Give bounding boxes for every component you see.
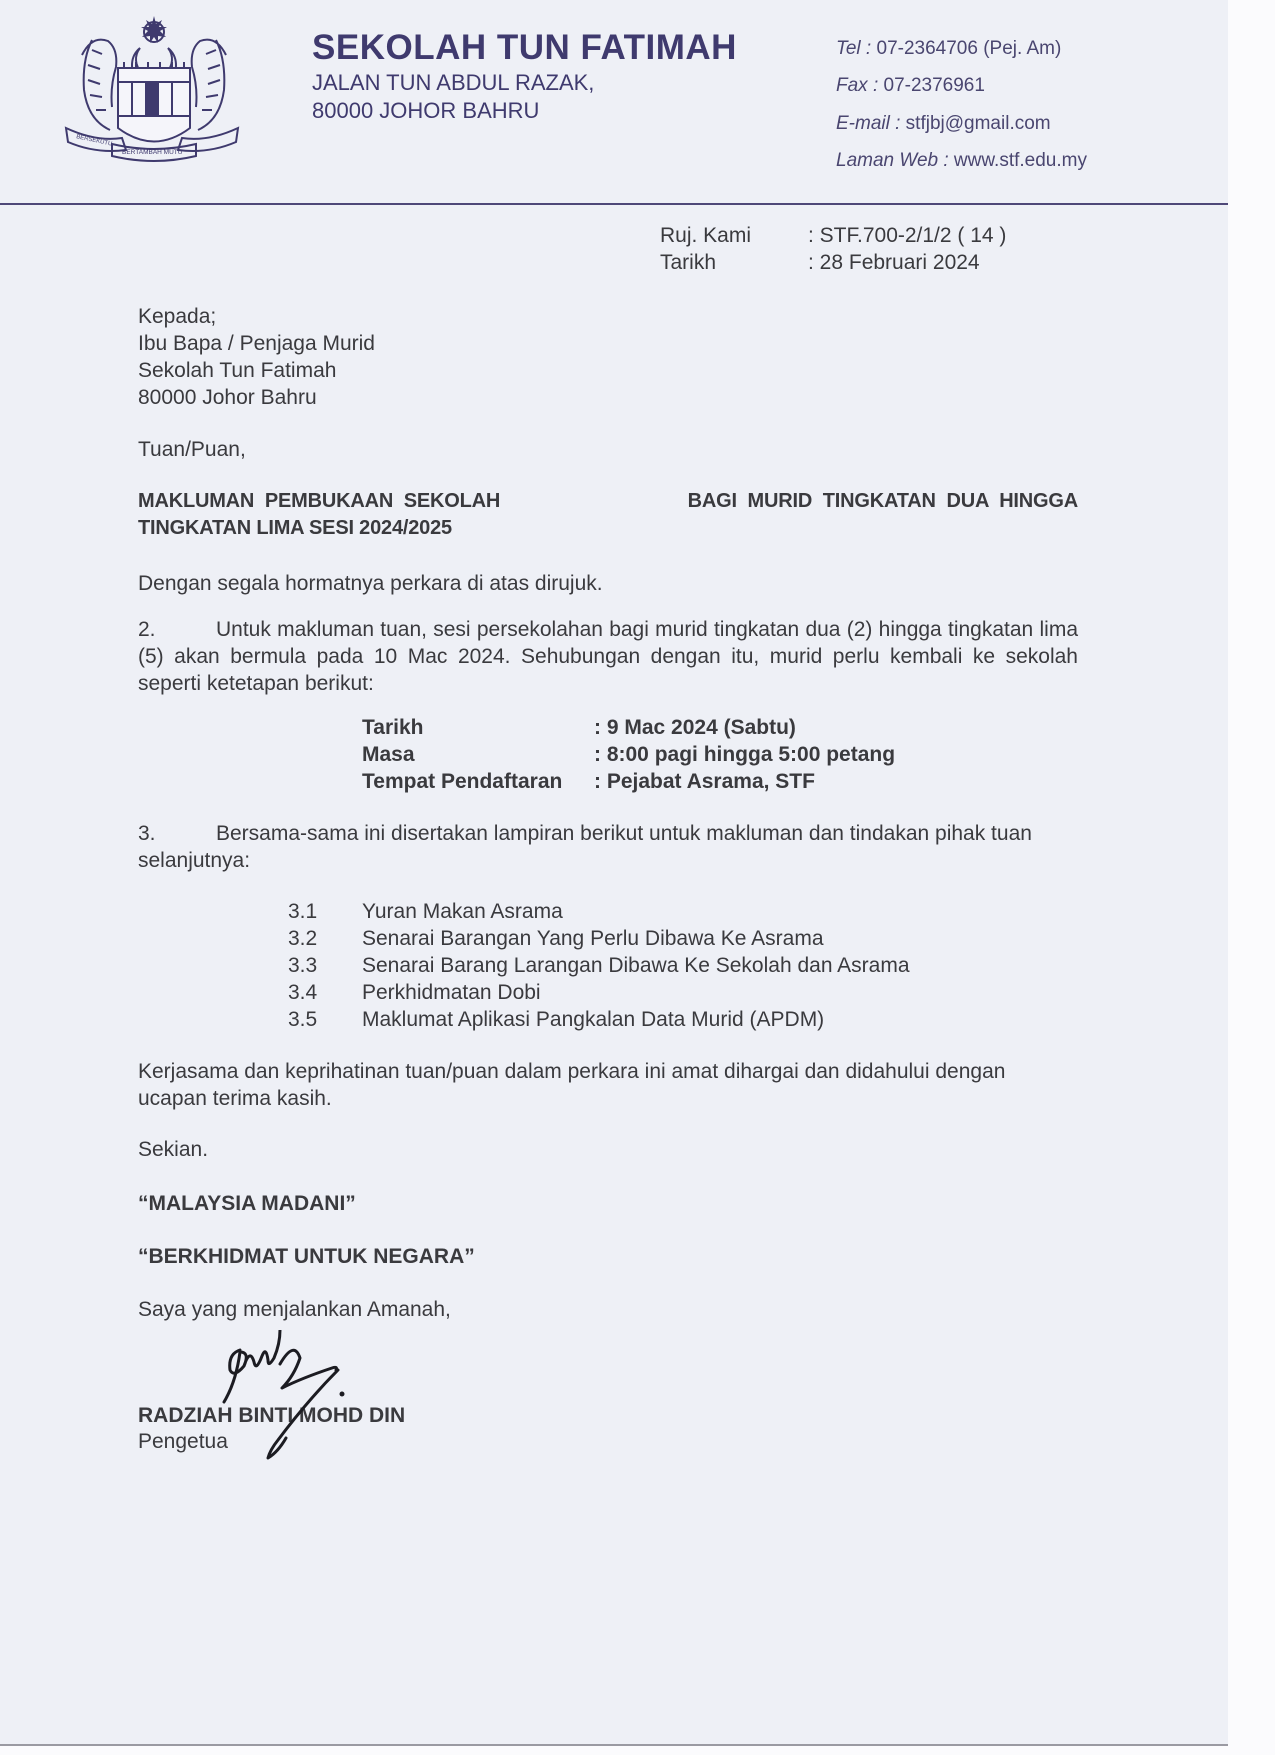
schedule-row-date: Tarikh: 9 Mac 2024 (Sabtu) (362, 714, 895, 741)
list-item: 3.4Perkhidmatan Dobi (288, 979, 910, 1006)
contact-tel: Tel : 07-2364706 (Pej. Am) (836, 38, 1061, 60)
paragraph-3: 3.Bersama-sama ini disertakan lampiran b… (138, 820, 1068, 874)
list-item: 3.2Senarai Barangan Yang Perlu Dibawa Ke… (288, 925, 910, 952)
date-value: : 28 Februari 2024 (808, 251, 980, 275)
contact-website: Laman Web : www.stf.edu.my (836, 150, 1087, 172)
svg-text:BERTAMBAH MUTU: BERTAMBAH MUTU (122, 149, 183, 156)
school-name: SEKOLAH TUN FATIMAH (312, 28, 737, 68)
contact-fax: Fax : 07-2376961 (836, 75, 985, 97)
list-item: 3.3Senarai Barang Larangan Dibawa Ke Sek… (288, 952, 910, 979)
subject-heading: MAKLUMAN PEMBUKAAN SEKOLAH BAGI MURID TI… (138, 488, 1078, 542)
recipient-line: 80000 Johor Bahru (138, 384, 317, 411)
recipient-line: Ibu Bapa / Penjaga Murid (138, 330, 375, 357)
opening-paragraph: Dengan segala hormatnya perkara di atas … (138, 570, 603, 597)
school-address-line2: 80000 JOHOR BAHRU (312, 98, 539, 124)
letterhead-divider (0, 203, 1228, 205)
schedule-row-venue: Tempat Pendaftaran: Pejabat Asrama, STF (362, 768, 895, 795)
handwritten-signature-icon (210, 1330, 360, 1470)
schedule-row-time: Masa: 8:00 pagi hingga 5:00 petang (362, 741, 895, 768)
reference-value: : STF.700-2/1/2 ( 14 ) (808, 224, 1006, 248)
salutation: Tuan/Puan, (138, 436, 246, 463)
list-item: 3.1Yuran Makan Asrama (288, 898, 910, 925)
sign-off: Saya yang menjalankan Amanah, (138, 1296, 451, 1323)
date-label: Tarikh (660, 251, 716, 275)
list-item: 3.5Maklumat Aplikasi Pangkalan Data Muri… (288, 1006, 910, 1033)
sekian-text: Sekian. (138, 1136, 208, 1163)
malaysia-coat-of-arms-icon: BERSEKUTU BERTAMBAH MUTU (52, 10, 252, 165)
schedule-table: Tarikh: 9 Mac 2024 (Sabtu) Masa: 8:00 pa… (362, 714, 895, 795)
recipient-line: Sekolah Tun Fatimah (138, 357, 336, 384)
paragraph-2: 2.Untuk makluman tuan, sesi persekolahan… (138, 616, 1078, 697)
closing-paragraph: Kerjasama dan keprihatinan tuan/puan dal… (138, 1058, 1078, 1112)
slogan-malaysia-madani: “MALAYSIA MADANI” (138, 1190, 356, 1217)
school-address-line1: JALAN TUN ABDUL RAZAK, (312, 70, 594, 96)
attachment-list: 3.1Yuran Makan Asrama 3.2Senarai Baranga… (288, 898, 910, 1033)
reference-label: Ruj. Kami (660, 224, 751, 248)
recipient-line: Kepada; (138, 303, 216, 330)
svg-text:BERSEKUTU: BERSEKUTU (76, 134, 113, 147)
letter-page: BERSEKUTU BERTAMBAH MUTU SEKOLAH TUN FAT… (0, 0, 1228, 1746)
contact-email: E-mail : stfjbj@gmail.com (836, 113, 1051, 135)
slogan-berkhidmat: “BERKHIDMAT UNTUK NEGARA” (138, 1243, 475, 1270)
